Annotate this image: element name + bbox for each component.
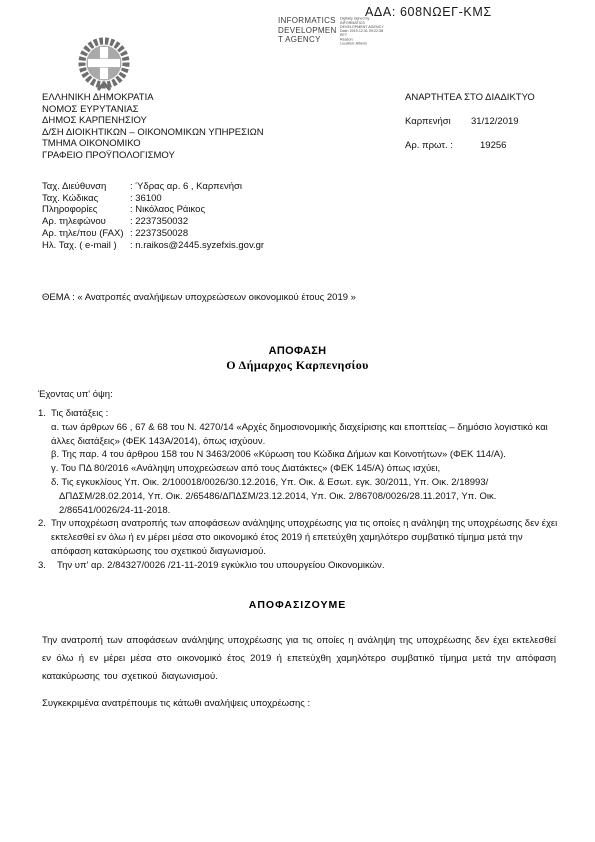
- subitem-a: α. των άρθρων 66 , 67 & 68 του Ν. 4270/1…: [51, 421, 565, 449]
- org-line-directorate: Δ/ΣΗ ΔΙΟΙΚΗΤΙΚΩΝ – ΟΙΚΟΝΟΜΙΚΩΝ ΥΠΗΡΕΣΙΩΝ: [42, 127, 264, 139]
- document-meta-block: ΑΝΑΡΤΗΤΕΑ ΣΤΟ ΔΙΑΔΙΚΤΥΟ Καρπενήσι 31/12/…: [405, 92, 535, 164]
- contact-value: : Νικόλαος Ράικος: [130, 204, 205, 216]
- list-item-number: 2.: [38, 517, 51, 558]
- publish-note: ΑΝΑΡΤΗΤΕΑ ΣΤΟ ΔΙΑΔΙΚΤΥΟ: [405, 92, 535, 104]
- list-item-2: 2. Την υποχρέωση ανατροπής των αποφάσεων…: [38, 517, 565, 558]
- contact-label: Αρ. τηλεφώνου: [42, 216, 130, 228]
- contact-value: : Ύδρας αρ. 6 , Καρπενήσι: [130, 181, 242, 193]
- list-item-number: 3.: [38, 559, 57, 573]
- contact-row-address: Ταχ. Διεύθυνση : Ύδρας αρ. 6 , Καρπενήσι: [42, 181, 264, 193]
- subitem-b: β. Της παρ. 4 του άρθρου 158 του Ν 3463/…: [51, 448, 565, 462]
- protocol-label: Αρ. πρωτ. :: [405, 140, 480, 152]
- closing-line: Συγκεκριμένα ανατρέπουμε τις κάτωθι αναλ…: [42, 698, 310, 709]
- list-item-1: 1. Τις διατάξεις : α. των άρθρων 66 , 67…: [38, 407, 565, 517]
- contact-label: Ηλ. Ταχ. ( e-mail ): [42, 240, 130, 252]
- contact-email-value: : n.raikos@2445.syzefxis.gov.gr: [130, 240, 264, 252]
- signature-details-text: Digitally signed by INFORMATICS DEVELOPM…: [340, 17, 408, 46]
- org-line-office: ΓΡΑΦΕΙΟ ΠΡΟΫΠΟΛΟΓΙΣΜΟΥ: [42, 150, 264, 162]
- subitem-d: δ. Τις εγκυκλίους Υπ. Οικ. 2/100018/0026…: [51, 476, 565, 517]
- contact-value: : 36100: [130, 193, 162, 205]
- place-label: Καρπενήσι: [405, 116, 471, 128]
- subject-line: ΘΕΜΑ : « Ανατροπές αναλήψεων υποχρεώσεων…: [42, 292, 356, 303]
- contact-label: Πληροφορίες: [42, 204, 130, 216]
- contact-label: Ταχ. Διεύθυνση: [42, 181, 130, 193]
- signature-agency-text: INFORMATICS DEVELOPMEN T AGENCY: [278, 16, 337, 45]
- protocol-number: 19256: [480, 140, 506, 152]
- contact-row-email: Ηλ. Ταχ. ( e-mail ) : n.raikos@2445.syze…: [42, 240, 264, 252]
- decision-title: ΑΠΟΦΑΣΗ: [0, 345, 595, 357]
- protocol-row: Αρ. πρωτ. : 19256: [405, 140, 535, 152]
- issuing-authority-block: ΕΛΛΗΝΙΚΗ ΔΗΜΟΚΡΑΤΙΑ ΝΟΜΟΣ ΕΥΡΥΤΑΝΙΑΣ ΔΗΜ…: [42, 92, 264, 162]
- verdict-paragraph: Την ανατροπή των αποφάσεων ανάληψης υποχ…: [42, 632, 556, 687]
- org-line-municipality: ΔΗΜΟΣ ΚΑΡΠΕΝΗΣΙΟΥ: [42, 115, 264, 127]
- contact-value: : 2237350028: [130, 228, 188, 240]
- contact-info-block: Ταχ. Διεύθυνση : Ύδρας αρ. 6 , Καρπενήσι…: [42, 181, 264, 251]
- preamble-line: Έχοντας υπ' όψη:: [38, 389, 113, 400]
- verdict-heading: ΑΠΟΦΑΣΙΖΟΥΜΕ: [0, 599, 595, 611]
- contact-row-phone: Αρ. τηλεφώνου : 2237350032: [42, 216, 264, 228]
- list-item-text: Την υπ' αρ. 2/84327/0026 /21-11-2019 εγκ…: [57, 559, 565, 573]
- list-item-number: 1.: [38, 407, 51, 517]
- document-page: ΑΔΑ: 608ΝΩΕΓ-ΚΜΣ INFORMATICS DEVELOPMEN …: [0, 0, 595, 842]
- greek-coat-of-arms-icon: [73, 37, 135, 98]
- org-line-prefecture: ΝΟΜΟΣ ΕΥΡΥΤΑΝΙΑΣ: [42, 104, 264, 116]
- list-item-text: Τις διατάξεις :: [51, 407, 565, 421]
- contact-label: Αρ. τηλε/που (FAX): [42, 228, 130, 240]
- contact-row-fax: Αρ. τηλε/που (FAX) : 2237350028: [42, 228, 264, 240]
- org-line-department: ΤΜΗΜΑ ΟΙΚΟΝΟΜΙΚΟ: [42, 138, 264, 150]
- legal-basis-list: 1. Τις διατάξεις : α. των άρθρων 66 , 67…: [38, 407, 565, 573]
- contact-label: Ταχ. Κώδικας: [42, 193, 130, 205]
- list-item-text: Την υποχρέωση ανατροπής των αποφάσεων αν…: [51, 517, 565, 558]
- contact-value: : 2237350032: [130, 216, 188, 228]
- list-item-3: 3. Την υπ' αρ. 2/84327/0026 /21-11-2019 …: [38, 559, 565, 573]
- document-date: 31/12/2019: [471, 116, 519, 128]
- contact-row-information: Πληροφορίες : Νικόλαος Ράικος: [42, 204, 264, 216]
- contact-row-postal-code: Ταχ. Κώδικας : 36100: [42, 193, 264, 205]
- subitem-c: γ. Του ΠΔ 80/2016 «Ανάληψη υποχρεώσεων α…: [51, 462, 565, 476]
- decision-subtitle: Ο Δήμαρχος Καρπενησίου: [0, 358, 595, 373]
- org-line-republic: ΕΛΛΗΝΙΚΗ ΔΗΜΟΚΡΑΤΙΑ: [42, 92, 264, 104]
- place-date-row: Καρπενήσι 31/12/2019: [405, 116, 535, 128]
